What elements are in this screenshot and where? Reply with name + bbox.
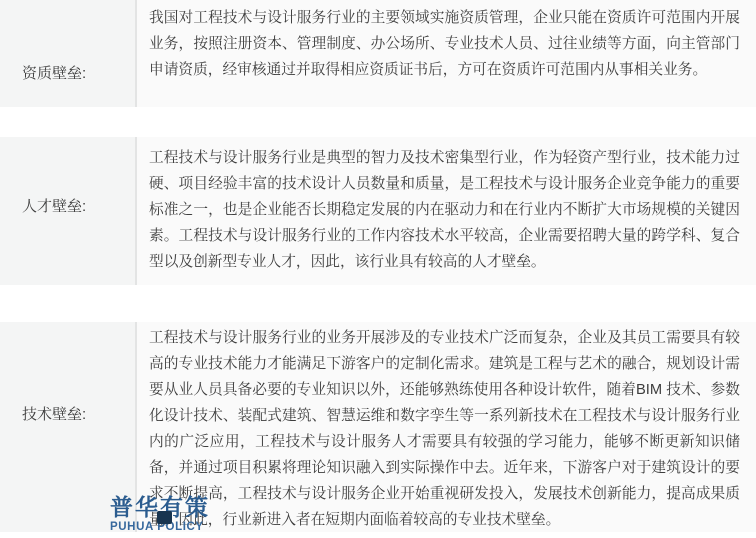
barrier-section-technology: 技术壁垒: 工程技术与设计服务行业的业务开展涉及的专业技术广泛而复杂，企业及其员…: [0, 322, 756, 532]
barrier-label-qualification: 资质壁垒:: [0, 0, 137, 107]
barrier-text-talent: 工程技术与设计服务行业是典型的智力及技术密集型行业，作为轻资产型行业，技术能力过…: [137, 137, 756, 285]
barrier-label-talent: 人才壁垒:: [0, 137, 137, 285]
barrier-text-technology: 工程技术与设计服务行业的业务开展涉及的专业技术广泛而复杂，企业及其员工需要具有较…: [137, 322, 756, 532]
barrier-label-technology: 技术壁垒:: [0, 322, 137, 532]
barrier-text-qualification: 我国对工程技术与设计服务行业的主要领域实施资质管理，企业只能在资质许可范围内开展…: [137, 0, 756, 107]
barrier-section-qualification: 资质壁垒: 我国对工程技术与设计服务行业的主要领域实施资质管理，企业只能在资质许…: [0, 0, 756, 107]
report-page: 资质壁垒: 我国对工程技术与设计服务行业的主要领域实施资质管理，企业只能在资质许…: [0, 0, 756, 538]
barrier-section-talent: 人才壁垒: 工程技术与设计服务行业是典型的智力及技术密集型行业，作为轻资产型行业…: [0, 137, 756, 285]
